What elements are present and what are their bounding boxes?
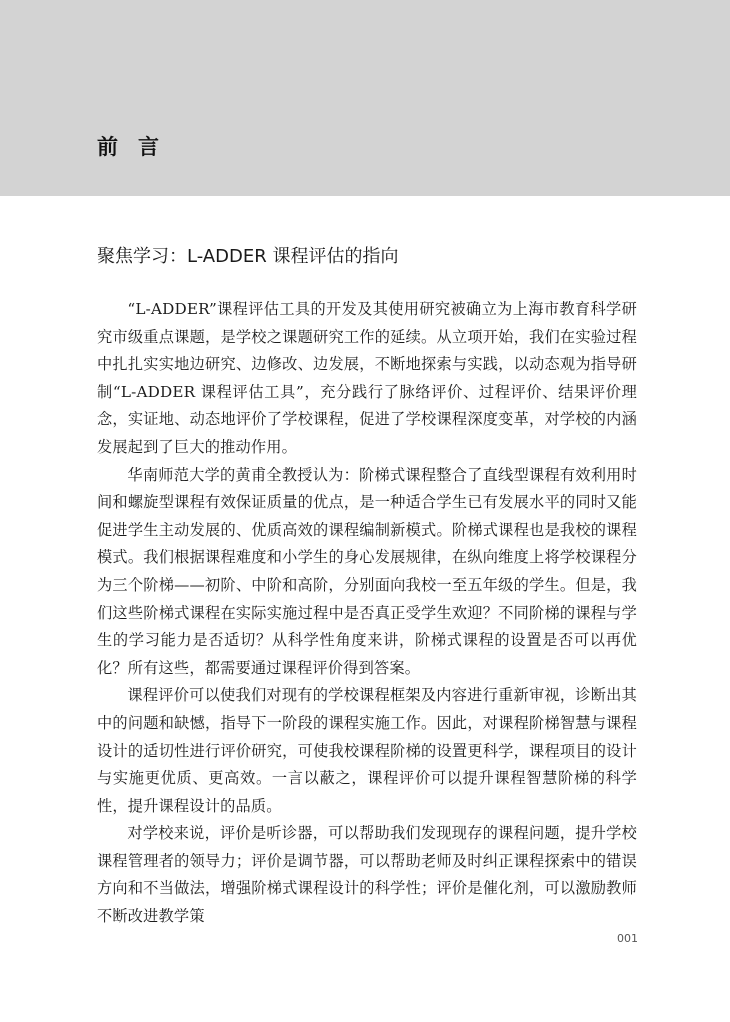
section-heading: 聚焦学习：L-ADDER 课程评估的指向: [97, 248, 398, 266]
chapter-header-band: 前言: [0, 0, 730, 196]
paragraph: 课程评价可以使我们对现有的学校课程框架及内容进行重新审视，诊断出其中的问题和缺憾…: [97, 682, 637, 820]
paragraph: 对学校来说，评价是听诊器，可以帮助我们发现现存的课程问题，提升学校课程管理者的领…: [97, 820, 637, 930]
page-number: 001: [617, 932, 638, 945]
chapter-title: 前言: [97, 137, 179, 158]
paragraph: “L-ADDER”课程评估工具的开发及其使用研究被确立为上海市教育科学研究市级重…: [97, 296, 637, 462]
paragraph: 华南师范大学的黄甫全教授认为：阶梯式课程整合了直线型课程有效利用时间和螺旋型课程…: [97, 462, 637, 683]
body-text: “L-ADDER”课程评估工具的开发及其使用研究被确立为上海市教育科学研究市级重…: [97, 296, 637, 931]
